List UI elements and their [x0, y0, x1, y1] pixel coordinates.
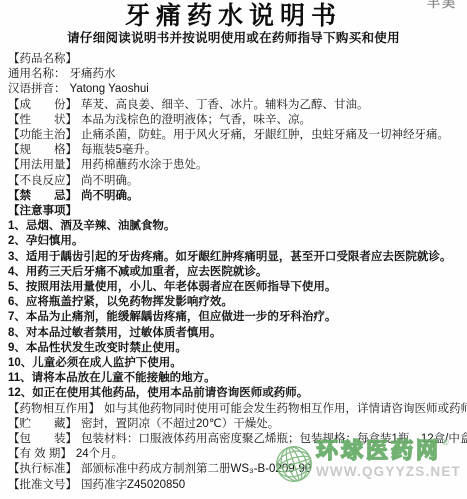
field-drug-interaction: 【药物相互作用】如与其他药物同时使用可能会发生药物相互作用，详情请咨询医师或药师…	[8, 402, 459, 417]
field-value: 国药准字Z45020850	[81, 479, 185, 491]
field-value: 包装材料：口服液体药用高密度聚乙烯瓶；包装规格：每盒装1瓶，12盒/中盒。	[81, 433, 467, 445]
field-label: 【药物相互作用】	[8, 403, 100, 415]
precaution-item: 3、适用于龋齿引起的牙齿疼痛。如牙龈红肿疼痛明显，甚至开口受限者应去医院就诊。	[8, 250, 459, 265]
precaution-item: 9、本品性状发生改变时禁止使用。	[8, 341, 459, 356]
field-value: 用药棉蘸药水涂于患处。	[81, 159, 208, 171]
field-value: 密封，置阴凉（不超过20℃）干燥处。	[81, 418, 279, 430]
field-character: 【性 状】本品为浅棕色的澄明液体；气香，味辛、凉。	[8, 113, 459, 128]
precaution-item: 8、对本品过敏者禁用，过敏体质者慎用。	[8, 326, 459, 341]
field-value: 如与其他药物同时使用可能会发生药物相互作用，详情请咨询医师或药师。	[104, 403, 467, 415]
leaflet-body: 【药品名称】 通用名称：牙痛药水 汉语拼音：Yatong Yaoshui 【成 …	[0, 46, 467, 493]
field-standard: 【执行标准】部颁标准中药成方制剂第二册WS₃-B-0209-90	[8, 462, 459, 477]
field-label: 【规 格】	[8, 144, 77, 156]
page-subtitle: 请仔细阅读说明书并按说明使用或在药师指导下购买和使用	[0, 31, 467, 46]
field-label: 【成 份】	[8, 99, 77, 111]
precaution-item: 4、用药三天后牙痛不减或加重者，应去医院就诊。	[8, 265, 459, 280]
generic-name-line: 通用名称：牙痛药水	[8, 67, 459, 82]
precaution-item: 7、本品为止痛剂，能缓解龋齿疼痛，但应做进一步的牙科治疗。	[8, 310, 459, 325]
precaution-item: 5、按照用法用量使用，小儿、年老体弱者应在医师指导下使用。	[8, 280, 459, 295]
field-value: 尚不明确。	[81, 175, 139, 187]
pinyin-value: Yatong Yaoshui	[70, 83, 149, 95]
field-value: 部颁标准中药成方制剂第二册WS₃-B-0209-90	[81, 463, 311, 475]
field-value: 本品为浅棕色的澄明液体；气香，味辛、凉。	[81, 114, 311, 126]
corner-text-fragment: 丰美	[427, 0, 457, 11]
generic-name-value: 牙痛药水	[70, 68, 116, 80]
precaution-item: 10、儿童必须在成人监护下使用。	[8, 356, 459, 371]
precaution-item: 6、应将瓶盖拧紧，以免药物挥发影响疗效。	[8, 295, 459, 310]
field-label: 【用法用量】	[8, 159, 77, 171]
generic-name-label: 通用名称：	[8, 68, 66, 80]
field-label: 【有 效 期】	[8, 448, 72, 460]
field-value: 24个月。	[76, 448, 123, 460]
field-approval-number: 【批准文号】国药准字Z45020850	[8, 478, 459, 493]
precaution-item: 1、忌烟、酒及辛辣、油腻食物。	[8, 219, 459, 234]
field-label: 【批准文号】	[8, 479, 77, 491]
field-value: 尚不明确。	[81, 190, 139, 202]
field-storage: 【贮 藏】密封，置阴凉（不超过20℃）干燥处。	[8, 417, 459, 432]
field-label: 【禁 忌】	[8, 190, 77, 202]
field-label: 【不良反应】	[8, 175, 77, 187]
field-composition: 【成 份】荜茇、高良姜、细辛、丁香、冰片。辅料为乙醇、甘油。	[8, 98, 459, 113]
pinyin-label: 汉语拼音：	[8, 83, 66, 95]
field-label: 【执行标准】	[8, 463, 77, 475]
field-expiry: 【有 效 期】24个月。	[8, 447, 459, 462]
precautions-header: 【注意事项】	[8, 204, 459, 219]
precaution-item: 2、孕妇慎用。	[8, 234, 459, 249]
field-specification: 【规 格】每瓶装5毫升。	[8, 143, 459, 158]
field-label: 【包 装】	[8, 433, 77, 445]
field-label: 【贮 藏】	[8, 418, 77, 430]
field-value: 荜茇、高良姜、细辛、丁香、冰片。辅料为乙醇、甘油。	[81, 99, 369, 111]
field-value: 止痛杀菌，防蛀。用于风火牙痛，牙龈红肿，虫蛀牙痛及一切神经牙痛。	[81, 129, 449, 141]
drug-name-header: 【药品名称】	[8, 52, 459, 67]
field-adverse-reaction: 【不良反应】尚不明确。	[8, 174, 459, 189]
page-title: 牙痛药水说明书	[0, 0, 467, 31]
field-usage-dosage: 【用法用量】用药棉蘸药水涂于患处。	[8, 158, 459, 173]
field-contraindication: 【禁 忌】尚不明确。	[8, 189, 459, 204]
precaution-item: 11、请将本品放在儿童不能接触的地方。	[8, 371, 459, 386]
field-value: 每瓶装5毫升。	[81, 144, 156, 156]
precaution-item: 12、如正在使用其他药品，使用本品前请咨询医师或药师。	[8, 386, 459, 401]
pinyin-line: 汉语拼音：Yatong Yaoshui	[8, 82, 459, 97]
field-indications: 【功能主治】止痛杀菌，防蛀。用于风火牙痛，牙龈红肿，虫蛀牙痛及一切神经牙痛。	[8, 128, 459, 143]
leaflet-page: 丰美 牙痛药水说明书 请仔细阅读说明书并按说明使用或在药师指导下购买和使用 【药…	[0, 0, 467, 499]
field-package: 【包 装】包装材料：口服液体药用高密度聚乙烯瓶；包装规格：每盒装1瓶，12盒/中…	[8, 432, 459, 447]
field-label: 【功能主治】	[8, 129, 77, 141]
field-label: 【性 状】	[8, 114, 77, 126]
